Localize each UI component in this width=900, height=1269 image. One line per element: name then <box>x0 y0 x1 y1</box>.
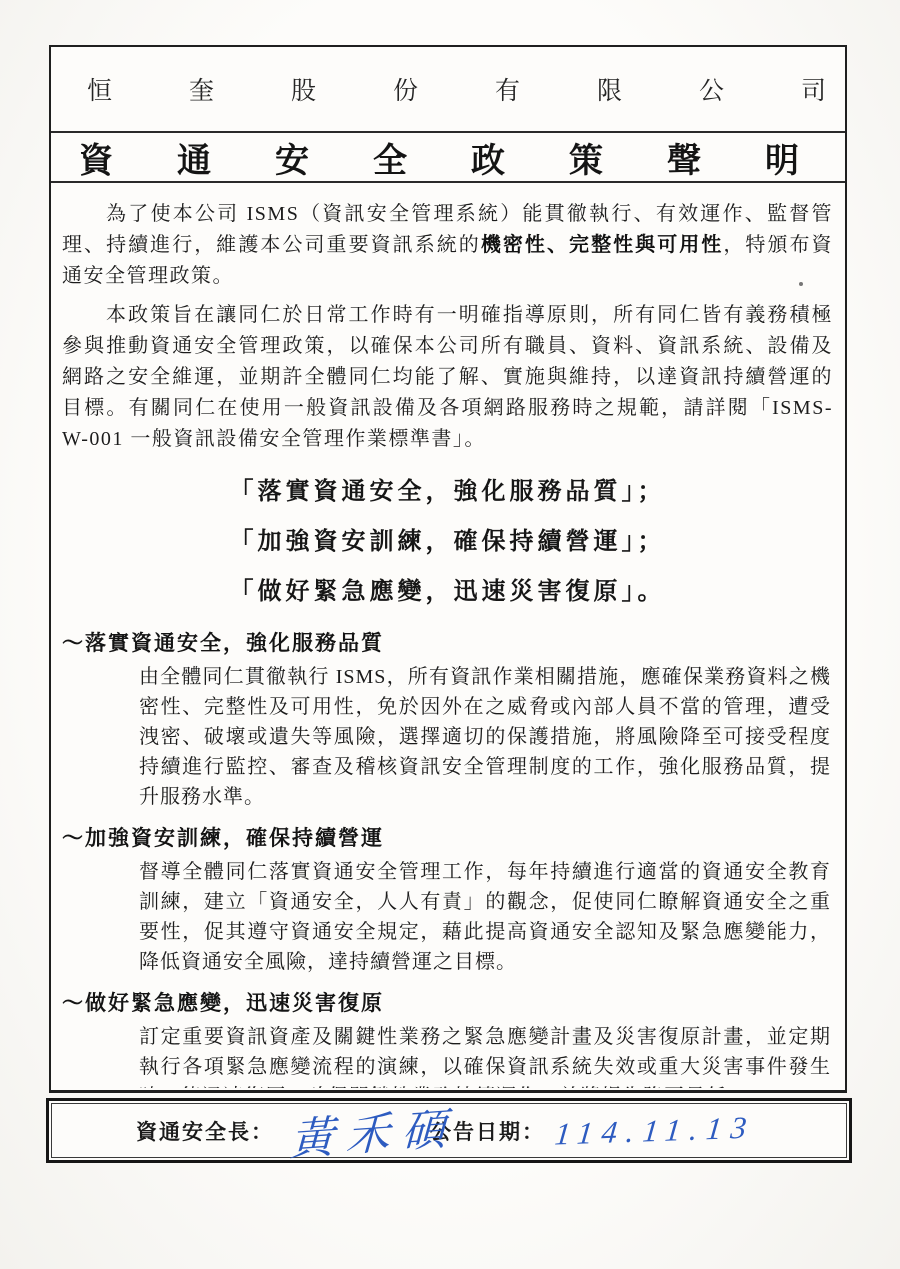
security-officer-label: 資通安全長： <box>136 1116 274 1146</box>
intro-paragraph-1: 為了使本公司 ISMS（資訊安全管理系統）能貫徹執行、有效運作、監督管理、持續進… <box>62 199 833 292</box>
policy-document-frame: 恒奎股份有限公司 資通安全政策聲明 為了使本公司 ISMS（資訊安全管理系統）能… <box>49 45 847 1093</box>
section-3-body: 訂定重要資訊資產及關鍵性業務之緊急應變計畫及災害復原計畫，並定期執行各項緊急應變… <box>139 1022 831 1088</box>
document-title: 資通安全政策聲明 <box>51 133 845 182</box>
policy-section-2: ～加強資安訓練，確保持續營運 督導全體同仁落實資通安全管理工作，每年持續進行適當… <box>62 823 833 977</box>
policy-section-1: ～落實資通安全，強化服務品質 由全體同仁貫徹執行 ISMS，所有資訊作業相關措施… <box>62 628 833 812</box>
company-name-row: 恒奎股份有限公司 <box>51 47 845 133</box>
slogan-block: 「落實資通安全，強化服務品質」； 「加強資安訓練，確保持續營運」； 「做好緊急應… <box>62 467 833 617</box>
slogan-line-3: 「做好緊急應變，迅速災害復原」。 <box>62 567 833 617</box>
slogan-line-2: 「加強資安訓練，確保持續營運」； <box>62 517 833 567</box>
section-2-body: 督導全體同仁落實資通安全管理工作，每年持續進行適當的資通安全教育訓練，建立「資通… <box>139 857 831 977</box>
section-2-heading: ～加強資安訓練，確保持續營運 <box>62 823 833 853</box>
section-1-body: 由全體同仁貫徹執行 ISMS，所有資訊作業相關措施，應確保業務資料之機密性、完整… <box>139 662 831 812</box>
scan-artifact-dot <box>799 282 803 286</box>
intro-paragraph-1-bold-phrase: 機密性、完整性與可用性 <box>481 234 724 256</box>
handwritten-signature: 黃禾碩 <box>289 1092 459 1168</box>
section-3-heading: ～做好緊急應變，迅速災害復原 <box>62 988 833 1018</box>
handwritten-announcement-date: 114.11.13 <box>553 1109 757 1152</box>
document-title-row: 資通安全政策聲明 <box>51 133 845 183</box>
intro-paragraph-2: 本政策旨在讓同仁於日常工作時有一明確指導原則，所有同仁皆有義務積極參與推動資通安… <box>62 300 833 455</box>
company-name: 恒奎股份有限公司 <box>51 71 845 107</box>
policy-section-3: ～做好緊急應變，迅速災害復原 訂定重要資訊資產及關鍵性業務之緊急應變計畫及災害復… <box>62 988 833 1088</box>
signature-footer-box: 資通安全長： 黃禾碩 公告日期： 114.11.13 <box>46 1098 852 1163</box>
signature-footer-inner-border: 資通安全長： 黃禾碩 公告日期： 114.11.13 <box>51 1103 847 1158</box>
policy-content: 為了使本公司 ISMS（資訊安全管理系統）能貫徹執行、有效運作、監督管理、持續進… <box>51 183 845 1088</box>
slogan-line-1: 「落實資通安全，強化服務品質」； <box>62 467 833 517</box>
section-1-heading: ～落實資通安全，強化服務品質 <box>62 628 833 658</box>
